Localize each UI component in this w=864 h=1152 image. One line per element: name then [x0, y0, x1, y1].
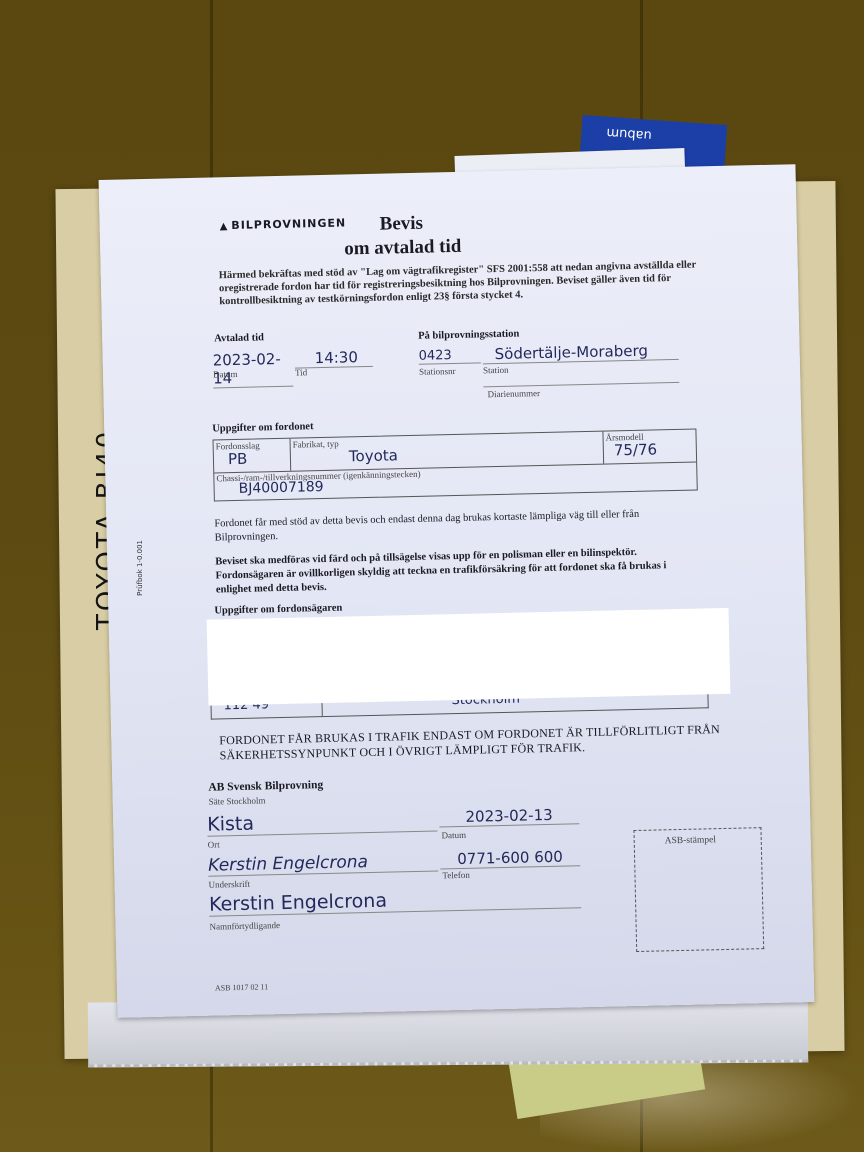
safety-notice: FORDONET FÅR BRUKAS I TRAFIK ENDAST OM F…: [219, 722, 740, 764]
appointment-time: 14:30: [294, 348, 372, 369]
station-number: 0423: [418, 347, 480, 364]
title-line-2: om avtalad tid: [344, 236, 462, 261]
issuer-company: AB Svensk Bilprovning: [208, 779, 323, 794]
title-line-1: Bevis: [379, 213, 423, 236]
issue-date-label: Datum: [441, 830, 466, 841]
redaction-box: [207, 608, 731, 706]
side-print: Prüfbok 1-0.001: [136, 540, 144, 596]
document-page: ▲BILPROVNINGEN Bevis om avtalad tid Härm…: [99, 164, 815, 1018]
name-clarification-label: Namnförtydligande: [209, 920, 280, 932]
station-number-label: Stationsnr: [419, 366, 456, 377]
intro-text: Härmed bekräftas med stöd av "Lag om väg…: [219, 258, 720, 308]
issuer-seat: Säte Stockholm: [209, 795, 266, 806]
signature-label: Underskrift: [208, 879, 250, 890]
phone-label: Telefon: [442, 870, 470, 881]
logo-mark-icon: ▲: [220, 221, 229, 232]
issuer-phone: 0771-600 600: [440, 847, 580, 869]
issue-date: 2023-02-13: [439, 805, 579, 827]
station-heading: På bilprovningsstation: [418, 329, 519, 342]
issue-place: Kista: [207, 809, 437, 837]
vehicle-heading: Uppgifter om fordonet: [212, 421, 314, 434]
carry-paragraph: Beviset ska medföras vid färd och på til…: [215, 545, 696, 598]
signature: Kerstin Engelcrona: [208, 850, 438, 876]
vehicle-type-value: PB: [228, 449, 290, 468]
station-name-label: Station: [483, 365, 509, 376]
vehicle-year-value: 75/76: [614, 440, 694, 460]
appointment-heading: Avtalad tid: [214, 332, 264, 344]
owner-heading: Uppgifter om fordonsägaren: [214, 603, 342, 617]
blue-card-text: uabum: [606, 125, 652, 143]
vehicle-table: Fordonsslag PB Fabrikat, typ Toyota Årsm…: [212, 429, 697, 502]
name-clarification: Kerstin Engelcrona: [209, 885, 581, 916]
vehicle-year-cell: Årsmodell 75/76: [603, 430, 694, 464]
diary-number-label: Diarienummer: [487, 388, 540, 399]
usage-paragraph: Fordonet får med stöd av detta bevis och…: [214, 507, 695, 546]
diary-number-line: [483, 381, 679, 387]
time-label: Tid: [295, 367, 307, 377]
vehicle-type-cell: Fordonsslag PB: [214, 439, 292, 473]
date-label: Datum: [213, 369, 238, 380]
form-code: ASB 1017 02 11: [215, 982, 268, 992]
logo-text: BILPROVNINGEN: [231, 216, 346, 232]
brand-logo: ▲BILPROVNINGEN: [220, 216, 347, 232]
station-name: Södertälje-Moraberg: [482, 341, 678, 364]
place-label: Ort: [208, 839, 220, 849]
stamp-label: ASB-stämpel: [665, 835, 716, 846]
stamp-box: ASB-stämpel: [633, 827, 764, 952]
